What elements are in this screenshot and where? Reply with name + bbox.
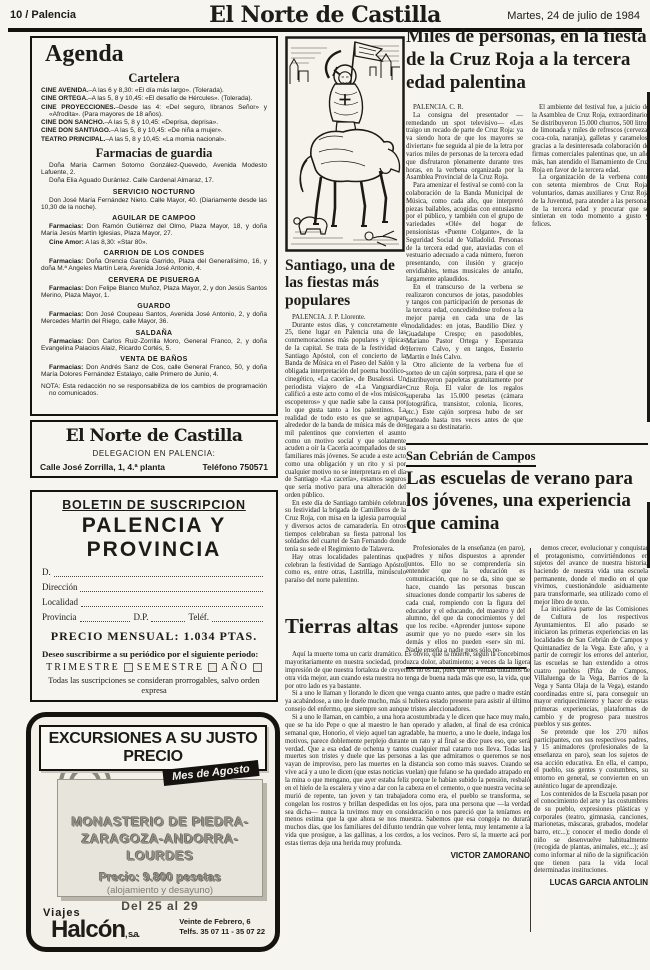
period-option: AÑO — [221, 662, 262, 673]
agenda-section-heading: VENTA DE BAÑOS — [41, 356, 267, 363]
delegation-label: DELEGACION EN PALENCIA: — [32, 449, 276, 458]
period-options: TRIMESTRESEMESTREAÑO — [42, 662, 266, 673]
ad-includes: (alojamiento y desayuno) — [58, 885, 262, 896]
sancebrian-headline: Las escuelas de verano para los jóvenes,… — [406, 468, 650, 535]
agenda-section-heading: SERVICIO NOCTURNO — [41, 189, 267, 196]
subscription-note: Todas las suscripciones se consideran pr… — [42, 676, 266, 695]
agency-suffix: , s.a. — [125, 929, 139, 939]
sancebrian-byline: LUCAS GARCIA ANTOLIN — [534, 878, 648, 887]
phone-input-line — [212, 612, 263, 622]
paragraph: La organización de la verbena contó con … — [532, 174, 649, 229]
subscription-title: BOLETIN DE SUSCRIPCION — [42, 498, 266, 512]
paragraph: En este día de Santiago también celebran… — [285, 500, 406, 554]
agenda-item: Cine Amor: A las 8,30: «Star 80». — [41, 239, 267, 246]
santiago-headline: Santiago, una de las fiestas más popular… — [285, 257, 407, 309]
ad-destination-line1: MONASTERIO DE PIEDRA- — [58, 814, 262, 831]
paragraph: Se pretende que los 270 niños participan… — [534, 729, 648, 790]
send-to-label: ENVIE ESTE BOLETIN A: — [42, 700, 266, 702]
agency-logo-word2: Halcón, s.a. — [51, 919, 139, 941]
ad-price: Precio: 9.800 pesetas — [58, 870, 262, 884]
paragraph: Los contenidos de la Escuela pasan por e… — [534, 791, 648, 875]
paragraph: Durante estos días, y concretamente el 2… — [285, 322, 406, 500]
tierras-altas-headline: Tierras altas — [285, 614, 398, 639]
province-input-line — [80, 612, 131, 622]
field-label-postal: D.P. — [133, 612, 148, 622]
agenda-item: CINE AVENIDA.–A las 6 y 8,30: «El día má… — [41, 87, 267, 94]
subscription-subtitle: PALENCIA Y PROVINCIA — [42, 514, 266, 562]
paragraph: La iniciativa parte de las Comisiones de… — [534, 606, 648, 729]
period-option: TRIMESTRE — [46, 662, 133, 673]
sancebrian-column-2: demos crecer, evolucionar y conquistar e… — [534, 545, 648, 933]
dateline: PALENCIA. C. R. — [406, 104, 523, 112]
ad-dates: Del 25 al 29 — [58, 899, 262, 913]
paragraph: El ambiente del festival fue, a juicio d… — [532, 104, 649, 174]
agency-address: Veinte de Febrero, 6 — [179, 917, 265, 927]
agenda-item: Farmacias: Don Ramón Gutiérrez del Olmo,… — [41, 223, 267, 238]
sancebrian-kicker: San Cebrián de Campos — [406, 449, 536, 467]
cruzroja-headline: Miles de personas, en la fiesta de la Cr… — [406, 26, 649, 94]
form-line-address: Dirección — [42, 582, 266, 592]
newspaper-page: 10 / Palencia El Norte de Castilla Marte… — [0, 0, 650, 970]
period-option: SEMESTRE — [137, 662, 217, 673]
cruzroja-article-body: PALENCIA. C. R.La consigna del presentad… — [406, 104, 649, 438]
agenda-section-heading: CARRION DE LOS CONDES — [41, 250, 267, 257]
paragraph: Hay otras localidades palentinas que cel… — [285, 554, 406, 585]
agenda-item: Farmacias: Doña Orencia García Garrido, … — [41, 258, 267, 273]
agency-phones: Telfs. 35 07 11 - 35 07 22 — [179, 927, 265, 937]
form-line-name: D. — [42, 567, 266, 577]
agenda-item: CINE DON SANCHO.–A las 5, 8 y 10,45: «De… — [41, 119, 267, 126]
tierras-altas-body: Aquí la muerte toma un cariz dramático. … — [285, 651, 530, 933]
excursions-ad: EXCURSIONES A SU JUSTO PRECIO Mes de Ago… — [26, 712, 280, 952]
paragraph: Si a uno le llaman, en cambio, a una hor… — [285, 714, 530, 848]
agenda-item: CINE ORTEGA.–A las 5, 8 y 10,45: «El des… — [41, 95, 267, 102]
sancebrian-column-1: Profesionales de la enseñanza (en paro),… — [406, 545, 525, 662]
sancebrian-column-2-text: demos crecer, evolucionar y conquistar e… — [534, 545, 648, 875]
agenda-note: NOTA: Esta redacción no se responsabiliz… — [41, 383, 267, 398]
name-input-line — [54, 567, 263, 577]
period-label: Deseo suscribirme a su periódico por el … — [42, 649, 266, 659]
delegation-phone: Teléfono 750571 — [202, 462, 268, 472]
postal-input-line — [151, 612, 185, 622]
section-divider-rule — [406, 443, 648, 445]
agenda-section-heading: CERVERA DE PISUERGA — [41, 277, 267, 284]
paragraph: Profesionales de la enseñanza (en paro),… — [406, 545, 525, 654]
santiago-article-body: PALENCIA. J. P. Llorente.Durante estos d… — [285, 314, 406, 614]
field-label-province: Provincia — [42, 612, 77, 622]
agenda-box: Agenda CarteleraCINE AVENIDA.–A las 6 y … — [30, 36, 278, 416]
agenda-section-heading: Cartelera — [41, 71, 267, 86]
subscription-price: PRECIO MENSUAL: 1.034 PTAS. — [42, 629, 266, 644]
delegation-box: El Norte de Castilla DELEGACION EN PALEN… — [30, 420, 278, 478]
paragraph: La consigna del presentador —remedando u… — [406, 112, 523, 182]
agenda-item: CINE DON SANTIAGO.–A las 5, 8 y 10,45: «… — [41, 127, 267, 134]
paragraph: En el transcurso de la verbena se realiz… — [406, 284, 523, 362]
paragraph: Aquí la muerte toma un cariz dramático. … — [285, 651, 530, 690]
agenda-item: TEATRO PRINCIPAL.–A las 5, 8 y 10,45: «L… — [41, 136, 267, 143]
agenda-item: Farmacias: Don Felipe Blanco Muñoz, Plaz… — [41, 285, 267, 300]
field-label-address: Dirección — [42, 582, 77, 592]
woodcut-horseman-illustration — [285, 36, 405, 252]
tierras-altas-byline: VICTOR ZAMORANO — [285, 851, 530, 860]
agenda-section-heading: GUARDO — [41, 303, 267, 310]
field-label-town: Localidad — [42, 597, 78, 607]
form-line-province: Provincia D.P. Teléf. — [42, 612, 266, 622]
ad-panel: MONASTERIO DE PIEDRA- ZARAGOZA-ANDORRA-L… — [57, 779, 263, 897]
period-checkbox — [208, 663, 217, 672]
paragraph: demos crecer, evolucionar y conquistar e… — [534, 545, 648, 606]
paragraph: Si a uno le llaman y llorando le dicen q… — [285, 690, 530, 714]
agenda-title: Agenda — [45, 41, 267, 68]
santiago-engraving — [285, 36, 405, 252]
edition-date: Martes, 24 de julio de 1984 — [507, 10, 640, 22]
agenda-item: CINE PROYECCIONES.–Desde las 4: «Del seg… — [41, 104, 267, 119]
field-label-phone: Teléf. — [188, 612, 209, 622]
subscription-box: BOLETIN DE SUSCRIPCION PALENCIA Y PROVIN… — [30, 490, 278, 702]
paragraph: Otro aliciente de la verbena fue el sort… — [406, 362, 523, 432]
agenda-item: Don José María Fernández Nieto. Calle Ma… — [41, 197, 267, 212]
agenda-item: Farmacias: Don Andrés Sanz de Cos, calle… — [41, 364, 267, 379]
town-input-line — [81, 597, 263, 607]
agenda-section-heading: Farmacias de guardia — [41, 146, 267, 161]
agenda-sections: CarteleraCINE AVENIDA.–A las 6 y 8,30: «… — [41, 71, 267, 379]
agenda-item: Doña Elia Aguado Durántez. Calle Cardena… — [41, 177, 267, 184]
period-checkbox — [253, 663, 262, 672]
period-checkbox — [124, 663, 133, 672]
agenda-item: Farmacias: Don José Coupeau Santos, Aven… — [41, 311, 267, 326]
paragraph: Para amenizar el festival se contó con l… — [406, 182, 523, 284]
form-line-town: Localidad — [42, 597, 266, 607]
agenda-section-heading: SALDAÑA — [41, 330, 267, 337]
agenda-section-heading: AGUILAR DE CAMPOO — [41, 215, 267, 222]
delegation-masthead: El Norte de Castilla — [32, 426, 276, 446]
agenda-item: Farmacias: Don Carlos Ruiz-Zorrilla Moro… — [41, 338, 267, 353]
column-divider-rule — [530, 548, 531, 932]
address-input-line — [80, 582, 263, 592]
field-label-name: D. — [42, 567, 51, 577]
tierras-altas-text: Aquí la muerte toma un cariz dramático. … — [285, 651, 530, 848]
delegation-address: Calle José Zorrilla, 1, 4.ª planta — [40, 462, 165, 472]
agenda-item: Doña María Carmen Sotorno González-Queve… — [41, 162, 267, 177]
ad-destination-line2: ZARAGOZA-ANDORRA-LOURDES — [58, 831, 262, 865]
dateline: PALENCIA. J. P. Llorente. — [285, 314, 406, 322]
